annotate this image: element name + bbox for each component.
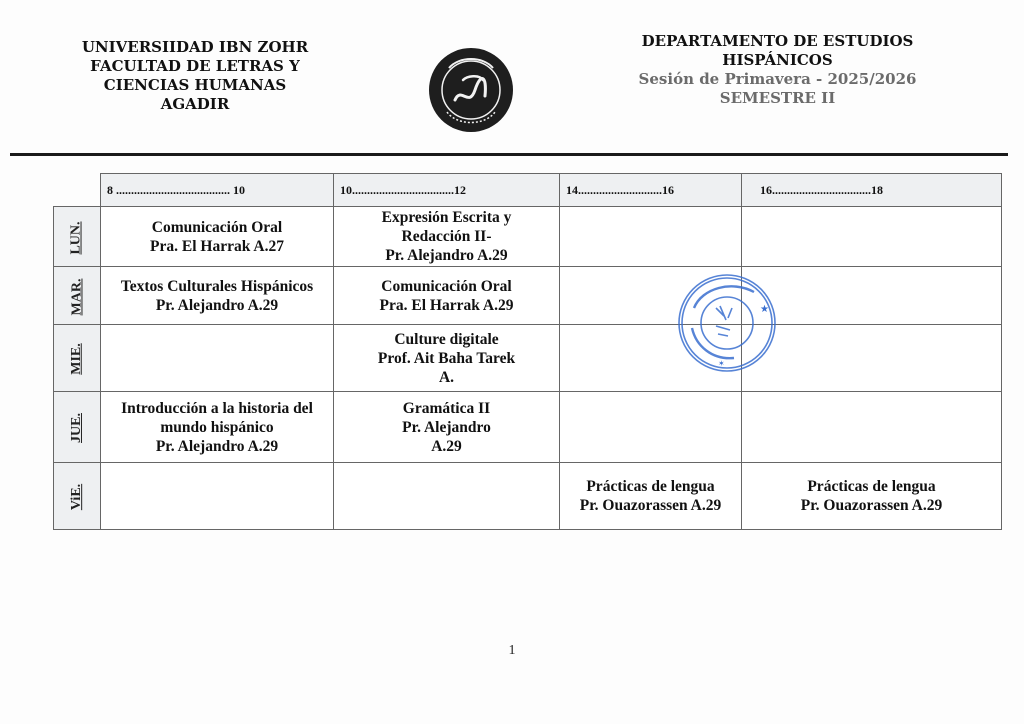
day-row-vie: ViE. Prácticas de lenguaPr. Ouazorassen …	[54, 463, 1002, 530]
class-cell: Comunicación OralPra. El Harrak A.27	[101, 207, 334, 267]
day-label: MAR.	[69, 278, 85, 315]
class-cell: Textos Culturales HispánicosPr. Alejandr…	[101, 267, 334, 325]
course-name: Culture digitale	[334, 330, 559, 349]
class-cell: Introducción a la historia delmundo hisp…	[101, 392, 334, 463]
department-header: DEPARTAMENTO DE ESTUDIOS HISPÁNICOS Sesi…	[600, 32, 955, 108]
department-name-2: HISPÁNICOS	[600, 51, 955, 70]
course-detail: A.	[334, 368, 559, 387]
header-divider	[10, 153, 1008, 156]
course-detail: Pr. Ouazorassen A.29	[560, 496, 741, 515]
course-name: Expresión Escrita y	[334, 208, 559, 227]
class-cell	[101, 325, 334, 392]
class-cell: Culture digitaleProf. Ait Baha TarekA.	[334, 325, 560, 392]
course-detail: Pra. El Harrak A.27	[101, 237, 333, 256]
class-cell	[560, 267, 742, 325]
class-cell	[742, 325, 1002, 392]
time-slot-header: 16.................................18	[742, 174, 1002, 207]
timetable: 8 ......................................…	[53, 173, 1002, 530]
time-header-row: 8 ......................................…	[54, 174, 1002, 207]
course-detail: A.29	[334, 437, 559, 456]
day-label: JUE.	[69, 413, 85, 443]
course-detail: Pr. Alejandro A.29	[101, 437, 333, 456]
course-name: Prácticas de lengua	[742, 477, 1001, 496]
course-name: Introducción a la historia del	[101, 399, 333, 418]
day-label: LUN.	[69, 221, 85, 254]
course-detail: Pr. Alejandro A.29	[334, 246, 559, 265]
day-label-cell: LUN.	[54, 207, 101, 267]
time-slot-header: 14............................16	[560, 174, 742, 207]
faculty-name-line-1: FACULTAD DE LETRAS Y	[40, 57, 350, 76]
course-detail: Redacción II-	[334, 227, 559, 246]
day-row-jue: JUE. Introducción a la historia delmundo…	[54, 392, 1002, 463]
page-number: 1	[0, 643, 1024, 659]
class-cell	[101, 463, 334, 530]
day-label-cell: MIE.	[54, 325, 101, 392]
course-name: Textos Culturales Hispánicos	[101, 277, 333, 296]
university-ibn-zohr-seal-icon	[427, 46, 515, 134]
class-cell	[560, 392, 742, 463]
course-detail: Pr. Alejandro	[334, 418, 559, 437]
day-row-mie: MIE. Culture digitaleProf. Ait Baha Tare…	[54, 325, 1002, 392]
class-cell	[560, 207, 742, 267]
session-label: Sesión de Primavera - 2025/2026	[600, 70, 955, 89]
day-label: ViE.	[69, 484, 85, 510]
time-slot-header: 8 ......................................…	[101, 174, 334, 207]
class-cell	[742, 207, 1002, 267]
day-row-lun: LUN. Comunicación OralPra. El Harrak A.2…	[54, 207, 1002, 267]
class-cell	[560, 325, 742, 392]
semester-label: SEMESTRE II	[600, 89, 955, 108]
class-cell	[334, 463, 560, 530]
course-name: Comunicación Oral	[334, 277, 559, 296]
university-name: UNIVERSIIDAD IBN ZOHR	[40, 38, 350, 57]
course-detail: Prof. Ait Baha Tarek	[334, 349, 559, 368]
city-name: AGADIR	[40, 95, 350, 114]
course-detail: Pra. El Harrak A.29	[334, 296, 559, 315]
day-row-mar: MAR. Textos Culturales HispánicosPr. Ale…	[54, 267, 1002, 325]
day-label-cell: ViE.	[54, 463, 101, 530]
day-label: MIE.	[69, 343, 85, 375]
class-cell: Expresión Escrita yRedacción II-Pr. Alej…	[334, 207, 560, 267]
course-detail: mundo hispánico	[101, 418, 333, 437]
course-name: Gramática II	[334, 399, 559, 418]
class-cell: Prácticas de lenguaPr. Ouazorassen A.29	[560, 463, 742, 530]
course-detail: Pr. Alejandro A.29	[101, 296, 333, 315]
faculty-name-line-2: CIENCIAS HUMANAS	[40, 76, 350, 95]
time-slot-header: 10..................................12	[334, 174, 560, 207]
university-header: UNIVERSIIDAD IBN ZOHR FACULTAD DE LETRAS…	[40, 38, 350, 114]
course-name: Comunicación Oral	[101, 218, 333, 237]
course-detail: Pr. Ouazorassen A.29	[742, 496, 1001, 515]
class-cell: Gramática IIPr. AlejandroA.29	[334, 392, 560, 463]
department-name: DEPARTAMENTO DE ESTUDIOS	[600, 32, 955, 51]
day-label-cell: MAR.	[54, 267, 101, 325]
class-cell	[742, 267, 1002, 325]
corner-cell	[54, 174, 101, 207]
class-cell	[742, 392, 1002, 463]
course-name: Prácticas de lengua	[560, 477, 741, 496]
day-label-cell: JUE.	[54, 392, 101, 463]
class-cell: Prácticas de lenguaPr. Ouazorassen A.29	[742, 463, 1002, 530]
class-cell: Comunicación OralPra. El Harrak A.29	[334, 267, 560, 325]
